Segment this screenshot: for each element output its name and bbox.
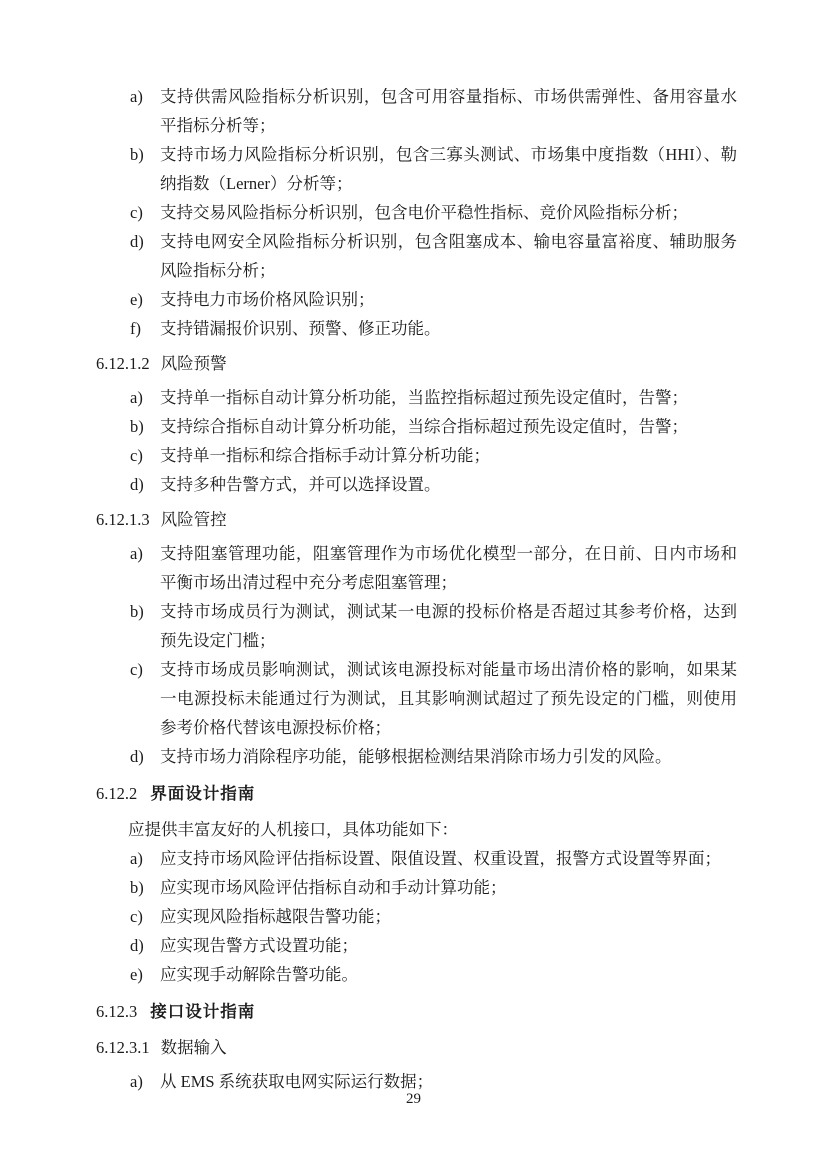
list-item-label: a) (130, 844, 160, 873)
list-item-text: 支持综合指标自动计算分析功能，当综合指标超过预先设定值时，告警； (160, 412, 737, 441)
section-heading-main: 6.12.3接口设计指南 (96, 997, 737, 1027)
list-item-text: 应实现市场风险评估指标自动和手动计算功能； (160, 873, 737, 902)
list-item-label: a) (130, 539, 160, 597)
list-item-text: 支持交易风险指标分析识别，包含电价平稳性指标、竞价风险指标分析； (160, 198, 737, 227)
list-item: f) 支持错漏报价识别、预警、修正功能。 (96, 314, 737, 343)
section-title: 风险管控 (161, 510, 227, 529)
list-item-text: 支持市场成员行为测试，测试某一电源的投标价格是否超过其参考价格，达到预先设定门槛… (160, 597, 737, 655)
list-item: d) 应实现告警方式设置功能； (96, 931, 737, 960)
list-item-text: 支持电网安全风险指标分析识别，包含阻塞成本、输电容量富裕度、辅助服务风险指标分析… (160, 227, 737, 285)
list-item-text: 支持电力市场价格风险识别； (160, 285, 737, 314)
section-number: 6.12.1.3 (96, 510, 150, 529)
list-item: c) 应实现风险指标越限告警功能； (96, 902, 737, 931)
list-item-label: f) (130, 314, 160, 343)
list-item-label: d) (130, 470, 160, 499)
section-heading-sub: 6.12.1.2风险预警 (96, 349, 737, 378)
list-item-text: 支持阻塞管理功能，阻塞管理作为市场优化模型一部分，在日前、日内市场和平衡市场出清… (160, 539, 737, 597)
section-title: 接口设计指南 (150, 1003, 255, 1021)
section-number: 6.12.1.2 (96, 354, 150, 373)
list-item-label: e) (130, 960, 160, 989)
list-item-label: d) (130, 227, 160, 285)
list-item: e) 应实现手动解除告警功能。 (96, 960, 737, 989)
list-item-label: b) (130, 873, 160, 902)
list-item: c) 支持市场成员影响测试，测试该电源投标对能量市场出清价格的影响，如果某一电源… (96, 655, 737, 742)
list-item-label: c) (130, 198, 160, 227)
section-heading-sub: 6.12.3.1数据输入 (96, 1033, 737, 1062)
section-heading-main: 6.12.2界面设计指南 (96, 779, 737, 809)
list-item-text: 支持供需风险指标分析识别，包含可用容量指标、市场供需弹性、备用容量水平指标分析等… (160, 82, 737, 140)
document-content: a) 支持供需风险指标分析识别，包含可用容量指标、市场供需弹性、备用容量水平指标… (96, 82, 737, 1096)
list-item-text: 支持单一指标自动计算分析功能，当监控指标超过预先设定值时，告警； (160, 383, 737, 412)
list-item: b) 支持市场力风险指标分析识别，包含三寡头测试、市场集中度指数（HHI）、勒纳… (96, 140, 737, 198)
list-item: d) 支持电网安全风险指标分析识别，包含阻塞成本、输电容量富裕度、辅助服务风险指… (96, 227, 737, 285)
list-item-text: 应实现手动解除告警功能。 (160, 960, 737, 989)
list-item: c) 支持单一指标和综合指标手动计算分析功能； (96, 441, 737, 470)
list-item: b) 支持综合指标自动计算分析功能，当综合指标超过预先设定值时，告警； (96, 412, 737, 441)
list-item: e) 支持电力市场价格风险识别； (96, 285, 737, 314)
list-item-label: b) (130, 140, 160, 198)
list-item-label: c) (130, 902, 160, 931)
list-item: b) 应实现市场风险评估指标自动和手动计算功能； (96, 873, 737, 902)
list-item-label: d) (130, 931, 160, 960)
list-item-text: 应实现风险指标越限告警功能； (160, 902, 737, 931)
section-title: 数据输入 (161, 1038, 227, 1057)
list-item: c) 支持交易风险指标分析识别，包含电价平稳性指标、竞价风险指标分析； (96, 198, 737, 227)
list-item: a) 支持阻塞管理功能，阻塞管理作为市场优化模型一部分，在日前、日内市场和平衡市… (96, 539, 737, 597)
list-item-text: 应支持市场风险评估指标设置、限值设置、权重设置，报警方式设置等界面； (160, 844, 737, 873)
page-number: 29 (0, 1089, 827, 1109)
list-item-text: 支持单一指标和综合指标手动计算分析功能； (160, 441, 737, 470)
section-title: 界面设计指南 (150, 785, 255, 803)
paragraph: 应提供丰富友好的人机接口，具体功能如下： (128, 815, 737, 844)
list-item-label: d) (130, 742, 160, 771)
section-number: 6.12.3.1 (96, 1038, 150, 1057)
list-item-text: 应实现告警方式设置功能； (160, 931, 737, 960)
list-item-text: 支持错漏报价识别、预警、修正功能。 (160, 314, 737, 343)
list-item-label: a) (130, 82, 160, 140)
list-item-label: c) (130, 655, 160, 742)
list-item-text: 支持市场力消除程序功能，能够根据检测结果消除市场力引发的风险。 (160, 742, 737, 771)
section-heading-sub: 6.12.1.3风险管控 (96, 505, 737, 534)
list-item-text: 支持市场力风险指标分析识别，包含三寡头测试、市场集中度指数（HHI）、勒纳指数（… (160, 140, 737, 198)
list-item-label: b) (130, 412, 160, 441)
list-item-label: e) (130, 285, 160, 314)
section-number: 6.12.3 (96, 1002, 137, 1021)
list-item: a) 支持单一指标自动计算分析功能，当监控指标超过预先设定值时，告警； (96, 383, 737, 412)
list-item-label: c) (130, 441, 160, 470)
list-item: a) 支持供需风险指标分析识别，包含可用容量指标、市场供需弹性、备用容量水平指标… (96, 82, 737, 140)
section-number: 6.12.2 (96, 784, 137, 803)
list-item-label: b) (130, 597, 160, 655)
list-item-text: 支持多种告警方式，并可以选择设置。 (160, 470, 737, 499)
list-item: d) 支持市场力消除程序功能，能够根据检测结果消除市场力引发的风险。 (96, 742, 737, 771)
list-item-label: a) (130, 383, 160, 412)
list-item-text: 支持市场成员影响测试，测试该电源投标对能量市场出清价格的影响，如果某一电源投标未… (160, 655, 737, 742)
list-item: d) 支持多种告警方式，并可以选择设置。 (96, 470, 737, 499)
document-page: a) 支持供需风险指标分析识别，包含可用容量指标、市场供需弹性、备用容量水平指标… (0, 0, 827, 1169)
list-item: b) 支持市场成员行为测试，测试某一电源的投标价格是否超过其参考价格，达到预先设… (96, 597, 737, 655)
section-title: 风险预警 (161, 354, 227, 373)
list-item: a) 应支持市场风险评估指标设置、限值设置、权重设置，报警方式设置等界面； (96, 844, 737, 873)
